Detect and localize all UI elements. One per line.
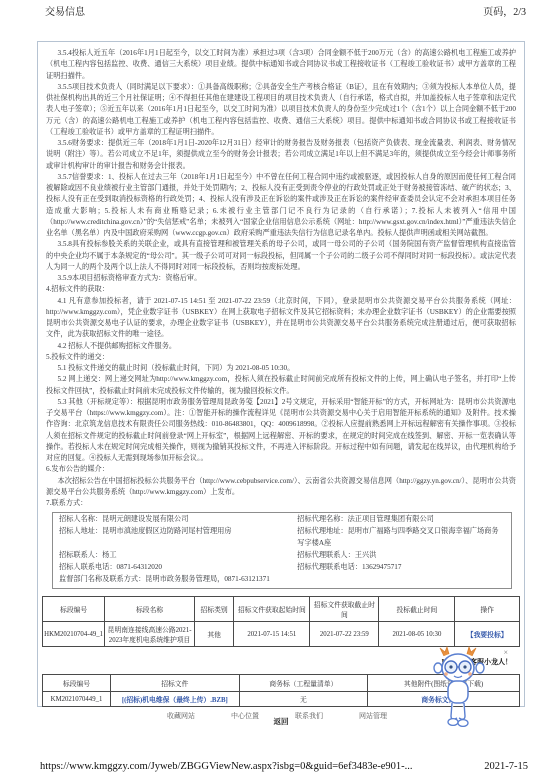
- bid-table-cell: 其他: [194, 622, 233, 647]
- bid-table-header-cell: 标段名称: [105, 597, 195, 622]
- print-footer: https://www.kmggzy.com/Jyweb/ZBGGViewNew…: [40, 761, 528, 772]
- bid-table-header-cell: 投标截止时间: [379, 597, 455, 622]
- bid-table-header-cell: 操作: [455, 597, 520, 622]
- files-table-cell: 无: [239, 692, 368, 707]
- page-number: 页码，2/3: [483, 3, 526, 18]
- announcement-paragraph: 4.1 凡有意参加投标者，请于 2021-07-15 14:51 至 2021-…: [46, 296, 516, 341]
- bid-table-cell: 2021-07-15 14:51: [234, 622, 310, 647]
- announcement-paragraph: 4.2 招标人不提供邮购招标文件服务。: [46, 341, 516, 352]
- supervision-contact: 监督部门名称及联系方式：昆明市政务服务管理局，0871-63121371: [53, 573, 511, 588]
- announcement-paragraph: 5.2 网上递交：网上递交网址为http://www.kmggzy.com，投标…: [46, 374, 516, 397]
- announcement-paragraph: 5.投标文件的递交：: [46, 352, 516, 363]
- bid-table-head: 标段编号标段名称招标类别招标文件获取起始时间招标文件获取截止时间投标截止时间操作: [43, 597, 520, 622]
- contact-info-table: 招标人名称：昆明元朗建设发展有限公司招标代理名称：法正项目管理集团有限公司招标人…: [52, 512, 512, 589]
- announcement-text: 3.5.4投标人近五年（2016年1月1日起至今，以交工时间为准）承担过3项（含…: [38, 42, 524, 509]
- contact-row: 招标人地址：昆明市滇池度假区边防路河尾村管理用房招标代理地址：昆明市广福路与四季…: [53, 525, 511, 548]
- contact-right-value: 招标代理联系人：王兴洪: [297, 550, 505, 561]
- print-header: 交易信息 页码，2/3: [45, 3, 526, 18]
- footer-link[interactable]: 中心位置: [231, 711, 259, 721]
- contact-row: 招标人联系电话：0871-64312020招标代理联系电话：1362947571…: [53, 561, 511, 573]
- announcement-paragraph: 3.5.6财务要求：提供近三年（2018年1月1日-2020年12月31日）经审…: [46, 138, 516, 172]
- announcement-paragraph: 3.5.7信誉要求：1、投标人在过去三年（2018年1月1日起至今）中不曾在任何…: [46, 172, 516, 240]
- contact-row: 招标联系人：杨工招标代理联系人：王兴洪: [53, 549, 511, 561]
- announcement-paragraph: 3.5.9本项目招标资格审查方式为：资格后审。: [46, 273, 516, 284]
- bid-table-link-cell[interactable]: 【我要投标】: [455, 622, 520, 647]
- bid-sections-table: 标段编号标段名称招标类别招标文件获取起始时间招标文件获取截止时间投标截止时间操作…: [42, 596, 520, 647]
- announcement-paragraph: 7.联系方式：: [46, 498, 516, 509]
- files-table-header-cell: 招标文件: [111, 675, 240, 692]
- bid-table-body: HKM20210704-49_1昆明南连接线高速公路2021-2023年度机电系…: [43, 622, 520, 647]
- announcement-paragraph: 3.5.5项目技术负责人（同时满足以下要求）：①具备高级职称；②具备安全生产考核…: [46, 82, 516, 138]
- bid-table-header-cell: 标段编号: [43, 597, 105, 622]
- bid-table-header-row: 标段编号标段名称招标类别招标文件获取起始时间招标文件获取截止时间投标截止时间操作: [43, 597, 520, 622]
- footer-link[interactable]: 网站管理: [359, 711, 387, 721]
- contact-left-value: 招标人地址：昆明市滇池度假区边防路河尾村管理用房: [59, 526, 297, 548]
- files-table-header-cell: 商务标（工程量清单）: [239, 675, 368, 692]
- contact-right-value: 招标代理地址：昆明市广福路与四季路交叉口银海幸福广场商务写字楼A座: [297, 526, 505, 548]
- print-date: 2021-7-15: [484, 761, 528, 772]
- bid-table-cell: 2021-07-22 23:59: [310, 622, 379, 647]
- announcement-paragraph: 本次招标公告在中国招标投标公共服务平台（http://www.cebpubser…: [46, 476, 516, 499]
- contact-row: 招标人名称：昆明元朗建设发展有限公司招标代理名称：法正项目管理集团有限公司: [53, 513, 511, 525]
- announcement-paragraph: 6.发布公告的媒介：: [46, 464, 516, 475]
- footer-link[interactable]: 联系我们: [295, 711, 323, 721]
- files-table-header-cell: 标段编号: [43, 675, 111, 692]
- announcement-paragraph: 3.5.8具有投标参股关系的关联企业，或具有直接管理和被管理关系的母子公司，或同…: [46, 239, 516, 273]
- bid-table-cell: 2021-08-05 10:30: [379, 622, 455, 647]
- contact-left-value: 招标人名称：昆明元朗建设发展有限公司: [59, 514, 297, 525]
- bid-table-cell: HKM20210704-49_1: [43, 622, 105, 647]
- footer-link[interactable]: 收藏网站: [167, 711, 195, 721]
- announcement-paragraph: 5.1 投标文件递交的截止时间（投标截止时间，下同）为 2021-08-05 1…: [46, 363, 516, 374]
- announcement-box: 3.5.4投标人近五年（2016年1月1日起至今，以交工时间为准）承担过3项（含…: [37, 41, 525, 707]
- contact-right-value: 招标代理名称：法正项目管理集团有限公司: [297, 514, 505, 525]
- bid-table-data-row: HKM20210704-49_1昆明南连接线高速公路2021-2023年度机电系…: [43, 622, 520, 647]
- document-page: 交易信息 页码，2/3 3.5.4投标人近五年（2016年1月1日起至今，以交工…: [0, 0, 554, 784]
- bid-table-header-cell: 招标文件获取起始时间: [234, 597, 310, 622]
- bid-table-cell: 昆明南连接线高速公路2021-2023年度机电系统维护项目: [105, 622, 195, 647]
- page-url: https://www.kmggzy.com/Jyweb/ZBGGViewNew…: [40, 761, 413, 772]
- files-table-cell: KM2021070449_1: [43, 692, 111, 707]
- doc-title: 交易信息: [45, 3, 85, 18]
- announcement-paragraph: 3.5.4投标人近五年（2016年1月1日起至今，以交工时间为准）承担过3项（含…: [46, 48, 516, 82]
- customer-service-dragon-mascot-icon[interactable]: [430, 646, 488, 730]
- contact-right-value: 招标代理联系电话：13629475717: [297, 562, 505, 573]
- bid-table-header-cell: 招标文件获取截止时间: [310, 597, 379, 622]
- files-table-link-cell[interactable]: [(招标)机电维保（最终上传）.BZB]: [111, 692, 240, 707]
- contact-left-value: 招标人联系电话：0871-64312020: [59, 562, 297, 573]
- announcement-paragraph: 5.3 其他（开标规定等）：根据昆明市政务服务管理局昆政务笺【2021】2号文规…: [46, 397, 516, 465]
- bid-table-header-cell: 招标类别: [194, 597, 233, 622]
- announcement-paragraph: 4.招标文件的获取：: [46, 284, 516, 295]
- contact-left-value: 招标联系人：杨工: [59, 550, 297, 561]
